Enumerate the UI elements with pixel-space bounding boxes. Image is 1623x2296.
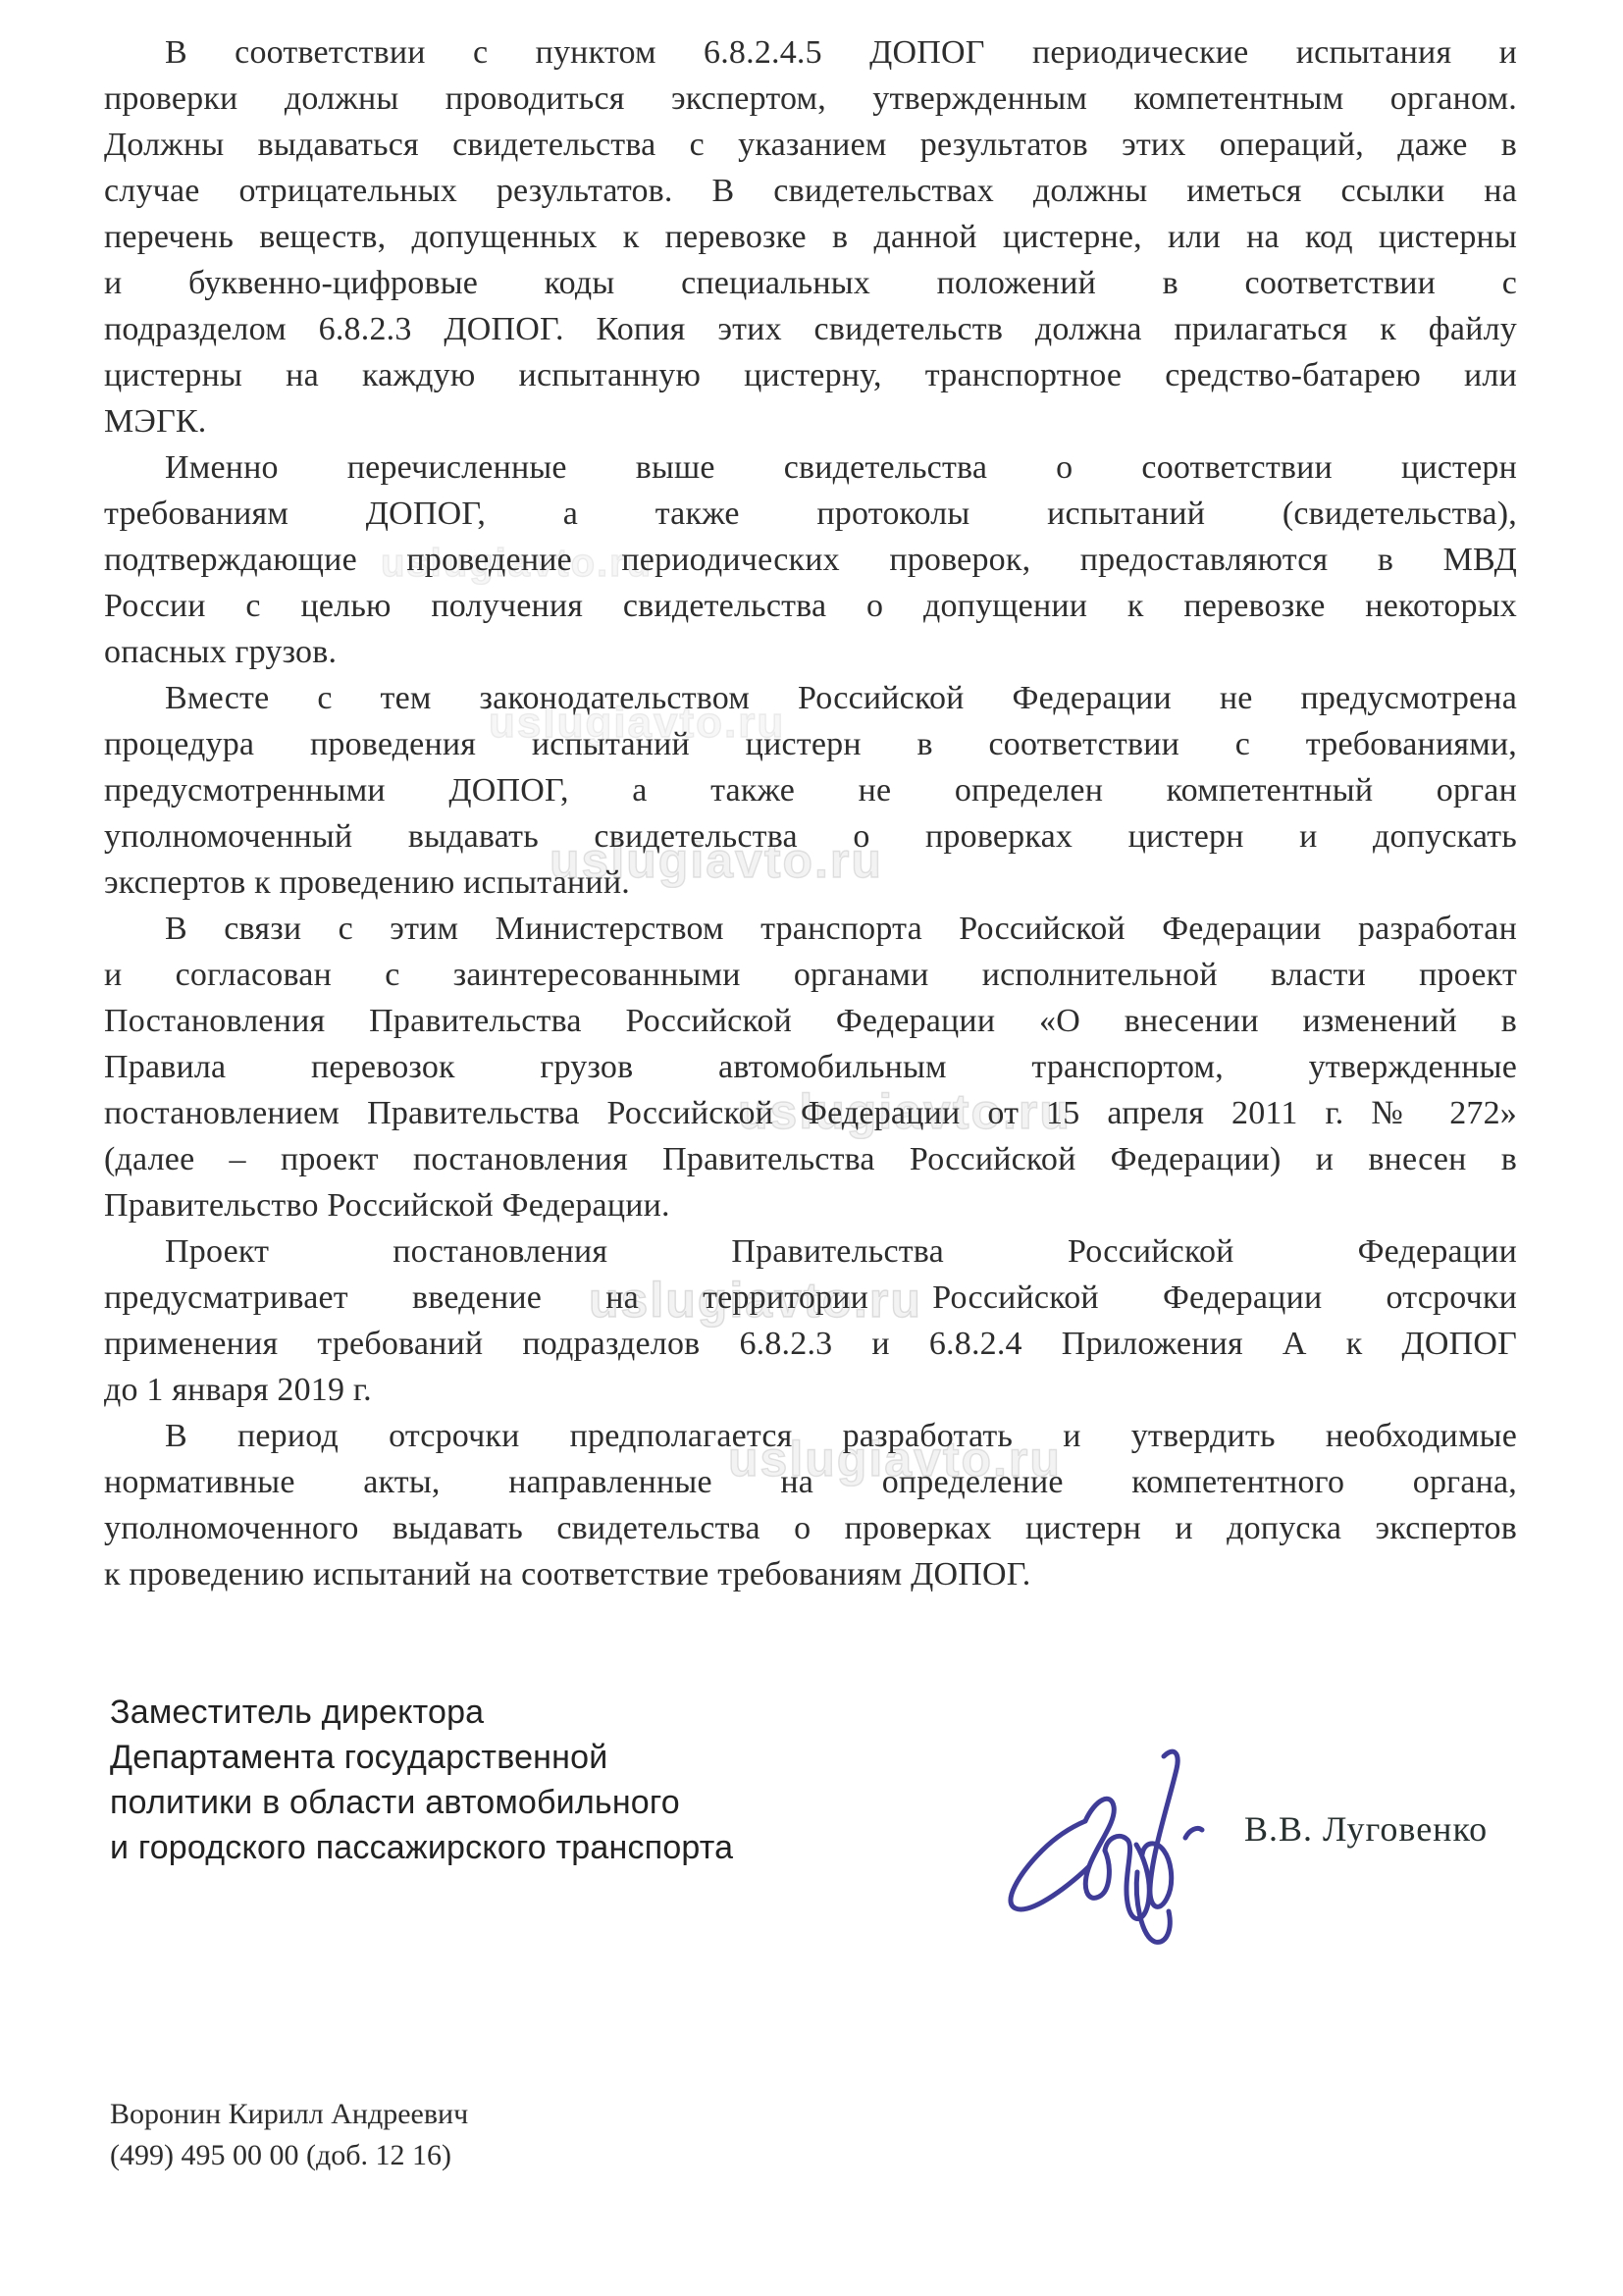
body-line: уполномоченного выдавать свидетельства о… — [104, 1505, 1517, 1551]
body-line: случае отрицательных результатов. В свид… — [104, 168, 1517, 214]
body-line: МЭГК. — [104, 398, 1517, 444]
body-line: экспертов к проведению испытаний. — [104, 860, 1517, 906]
body-line: Правительство Российской Федерации. — [104, 1182, 1517, 1228]
body-line: опасных грузов. — [104, 629, 1517, 675]
body-line: (далее – проект постановления Правительс… — [104, 1136, 1517, 1182]
body-line: Должны выдаваться свидетельства с указан… — [104, 122, 1517, 168]
body-line: Правила перевозок грузов автомобильным т… — [104, 1044, 1517, 1090]
signatory-title-line: политики в области автомобильного — [110, 1780, 733, 1825]
body-line: процедура проведения испытаний цистерн в… — [104, 721, 1517, 767]
signatory-title-block: Заместитель директора Департамента госуд… — [110, 1690, 733, 1870]
executor-phone: (499) 495 00 00 (доб. 12 16) — [110, 2135, 468, 2176]
signatory-title-line: Департамента государственной — [110, 1735, 733, 1780]
body-line: Постановления Правительства Российской Ф… — [104, 998, 1517, 1044]
body-line: предусмотренными ДОПОГ, а также не опред… — [104, 767, 1517, 813]
body-line: цистерны на каждую испытанную цистерну, … — [104, 352, 1517, 398]
handwritten-signature-icon — [991, 1745, 1207, 1956]
executor-contact-block: Воронин Кирилл Андреевич (499) 495 00 00… — [110, 2094, 468, 2176]
executor-name: Воронин Кирилл Андреевич — [110, 2094, 468, 2135]
body-line: В соответствии с пунктом 6.8.2.4.5 ДОПОГ… — [104, 29, 1517, 76]
signatory-title-line: Заместитель директора — [110, 1690, 733, 1735]
body-line: требованиям ДОПОГ, а также протоколы исп… — [104, 491, 1517, 537]
letter-body: В соответствии с пунктом 6.8.2.4.5 ДОПОГ… — [104, 29, 1517, 1597]
body-line: и согласован с заинтересованными органам… — [104, 952, 1517, 998]
body-line: к проведению испытаний на соответствие т… — [104, 1551, 1517, 1597]
body-line: подтверждающие проведение периодических … — [104, 537, 1517, 583]
body-line: Именно перечисленные выше свидетельства … — [104, 444, 1517, 491]
body-line: России с целью получения свидетельства о… — [104, 583, 1517, 629]
body-line: до 1 января 2019 г. — [104, 1367, 1517, 1413]
body-line: применения требований подразделов 6.8.2.… — [104, 1321, 1517, 1367]
body-line: перечень веществ, допущенных к перевозке… — [104, 214, 1517, 260]
body-line: и буквенно-цифровые коды специальных пол… — [104, 260, 1517, 306]
body-line: нормативные акты, направленные на опреде… — [104, 1459, 1517, 1505]
body-line: проверки должны проводиться экспертом, у… — [104, 76, 1517, 122]
body-line: предусматривает введение на территории Р… — [104, 1275, 1517, 1321]
document-page: uslugiavto.ru uslugiavto.ru uslugiavto.r… — [0, 0, 1623, 2296]
signer-name: В.В. Луговенко — [1244, 1808, 1488, 1850]
body-line: В период отсрочки предполагается разрабо… — [104, 1413, 1517, 1459]
body-line: Проект постановления Правительства Росси… — [104, 1228, 1517, 1275]
signatory-title-line: и городского пассажирского транспорта — [110, 1825, 733, 1870]
body-line: В связи с этим Министерством транспорта … — [104, 906, 1517, 952]
body-line: уполномоченный выдавать свидетельства о … — [104, 813, 1517, 860]
body-line: подразделом 6.8.2.3 ДОПОГ. Копия этих св… — [104, 306, 1517, 352]
body-line: постановлением Правительства Российской … — [104, 1090, 1517, 1136]
body-line: Вместе с тем законодательством Российско… — [104, 675, 1517, 721]
